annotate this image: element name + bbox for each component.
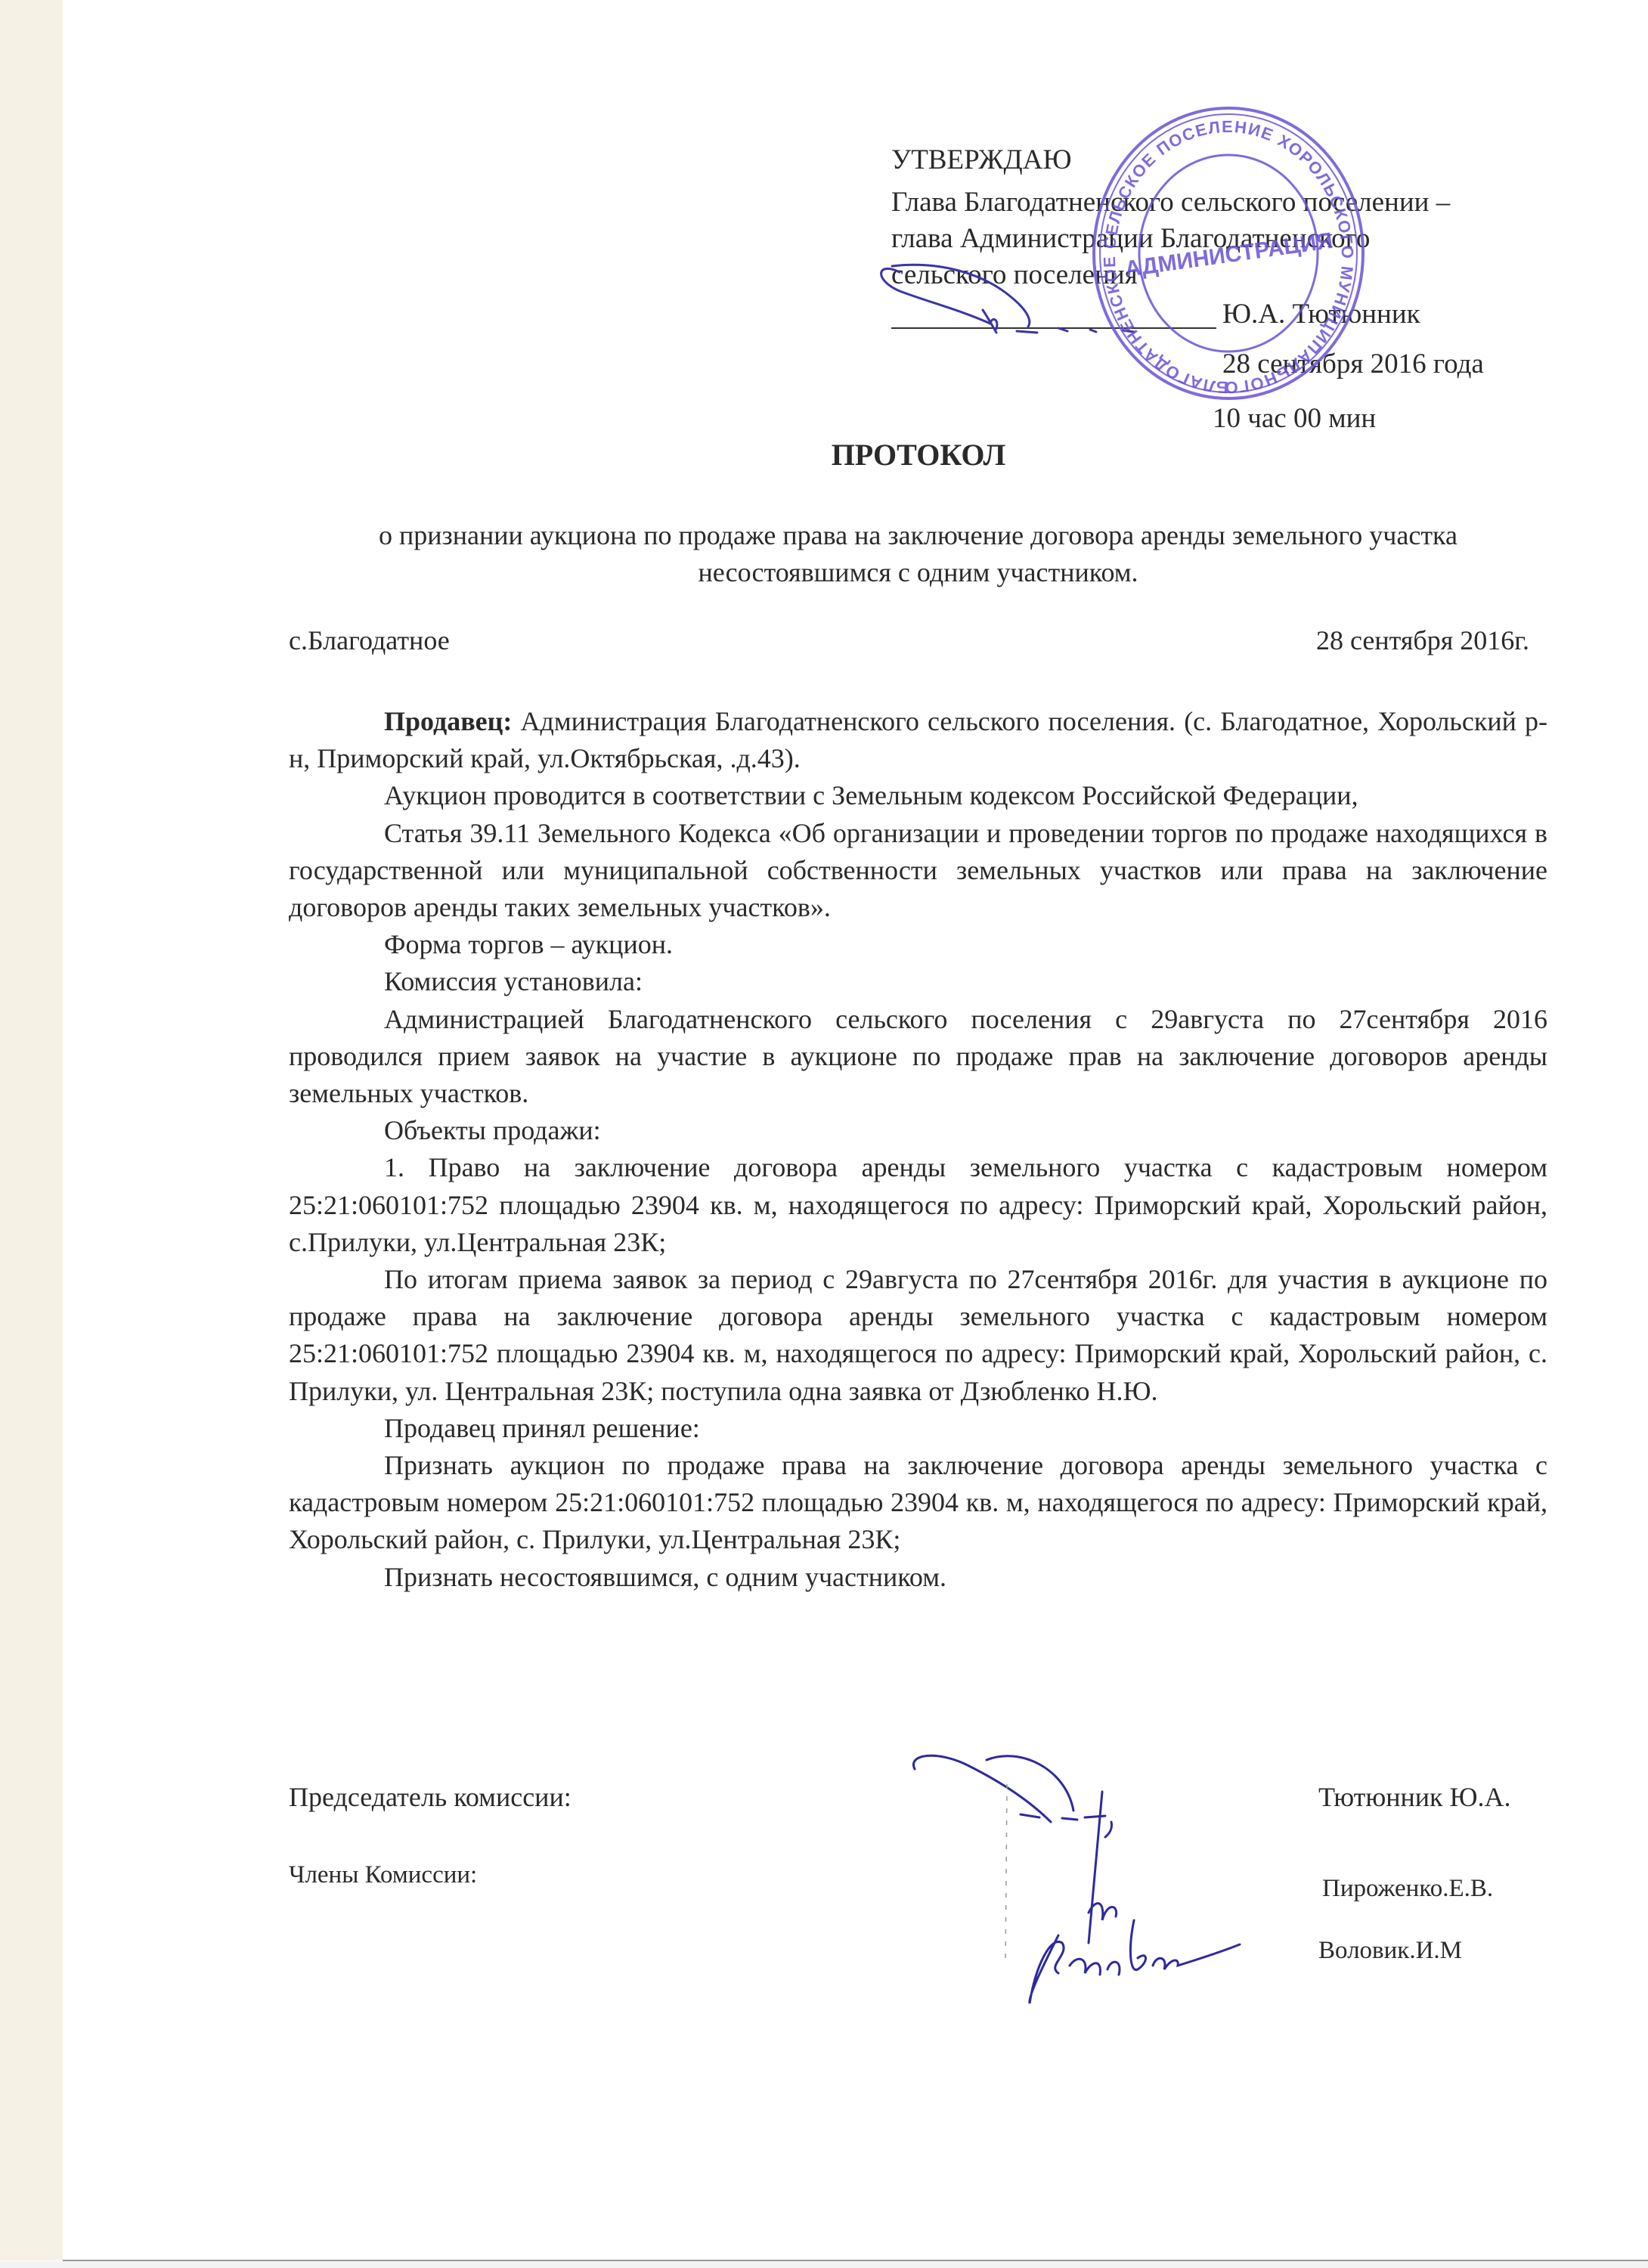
- paragraph-commission: Комиссия установила:: [289, 963, 1547, 1000]
- seller-label: Продавец:: [384, 706, 512, 736]
- official-stamp-icon: БЛАГОДАТНЕНСКОЕ СЕЛЬСКОЕ ПОСЕЛЕНИЕ ХОРОЛ…: [1089, 102, 1368, 404]
- member-name-2: Воловик.И.М: [1318, 1937, 1462, 1965]
- document-subtitle: о признании аукциона по продаже права на…: [289, 517, 1547, 591]
- paragraph-applications: Администрацией Благодатненского сельског…: [289, 1001, 1547, 1113]
- stamp-center-text: АДМИНИСТРАЦИЯ: [1123, 228, 1334, 282]
- member-name-1: Пироженко.Е.В.: [1322, 1875, 1493, 1903]
- chair-label: Председатель комиссии:: [289, 1781, 572, 1813]
- approval-time: 10 час 00 мин: [1213, 401, 1376, 437]
- paragraph-object-1: 1. Право на заключение договора аренды з…: [289, 1149, 1547, 1261]
- approval-heading: УТВЕРЖДАЮ: [891, 142, 1072, 178]
- chair-name: Тютюнник Ю.А.: [1318, 1781, 1511, 1813]
- paragraph-conclusion: Признать несостоявшимся, с одним участни…: [289, 1559, 1547, 1596]
- paragraph-auction-basis: Аукцион проводится в соответствии с Земе…: [289, 777, 1547, 814]
- seller-paragraph: Продавец: Администрация Благодатненского…: [289, 703, 1547, 777]
- paragraph-results: По итогам приема заявок за период с 29ав…: [289, 1261, 1547, 1410]
- paragraph-objects-heading: Объекты продажи:: [289, 1112, 1547, 1149]
- document-title: ПРОТОКОЛ: [0, 437, 1648, 472]
- scan-edge-strip: [0, 0, 63, 2260]
- document-date: 28 сентября 2016г.: [1316, 624, 1529, 656]
- paragraph-form: Форма торгов – аукцион.: [289, 926, 1547, 963]
- paragraph-article: Статья 39.11 Земельного Кодекса «Об орга…: [289, 815, 1547, 927]
- commission-signatures-icon: [907, 1739, 1315, 2011]
- members-label: Члены Комиссии:: [289, 1861, 477, 1889]
- paragraph-decision-heading: Продавец принял решение:: [289, 1410, 1547, 1447]
- scan-bottom-margin: [0, 2261, 1648, 2268]
- document-body: Продавец: Администрация Благодатненского…: [289, 703, 1547, 1596]
- document-place: с.Благодатное: [289, 624, 450, 656]
- paragraph-decision: Признать аукцион по продаже права на зак…: [289, 1447, 1547, 1559]
